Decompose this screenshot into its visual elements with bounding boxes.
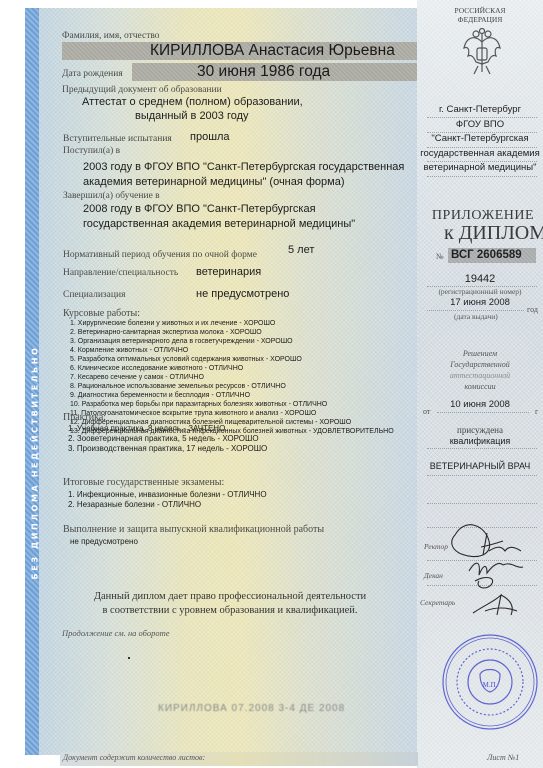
course-work-item: 2. Ветеринарно-санитарная экспертиза мол… — [70, 328, 394, 337]
coat-of-arms-icon — [462, 28, 502, 76]
course-work-item: 8. Рациональное использование земельных … — [70, 382, 394, 391]
institution-line: "Санкт-Петербургская — [417, 132, 543, 147]
enrolled-label: Поступил(а) в — [63, 146, 120, 156]
diploma-number: ВСГ 2606589 — [451, 249, 522, 261]
specialization-value: не предусмотрено — [196, 288, 289, 300]
commission-prefix: от — [423, 407, 430, 416]
period-label: Нормативный период обучения по очной фор… — [63, 250, 257, 260]
issue-date-suffix: год — [527, 305, 538, 314]
supplement-title-2: к ДИПЛОМУ — [444, 222, 543, 245]
rule — [437, 412, 529, 413]
practice-label: Практика: — [63, 412, 106, 423]
period-value: 5 лет — [288, 244, 314, 256]
state-exams-list: 1. Инфекционные, инвазионные болезни - О… — [68, 490, 267, 510]
strip-text: БЕЗ ДИПЛОМА НЕДЕЙСТВИТЕЛЬНО — [31, 283, 40, 643]
thesis-label: Выполнение и защита выпускной квалификац… — [63, 524, 324, 535]
security-strip: БЕЗ ДИПЛОМА НЕДЕЙСТВИТЕЛЬНО — [25, 8, 39, 755]
rights-line2: в соответствии с уровнем образования и к… — [60, 604, 400, 618]
commission-suffix: г — [535, 407, 538, 416]
course-work-item: 6. Клиническое исследование животного - … — [70, 364, 394, 373]
specialty-label: Направление/специальность — [63, 268, 178, 278]
qualification-label: квалификация — [417, 436, 543, 446]
reg-number: 19442 — [417, 273, 543, 285]
commission-line: Государственной — [417, 359, 543, 370]
rule — [427, 310, 524, 311]
enrolled-line1: 2003 году в ФГОУ ВПО "Санкт-Петербургска… — [83, 161, 404, 173]
country-line2: ФЕДЕРАЦИЯ — [417, 15, 543, 24]
awarded-label: присуждена — [417, 425, 543, 435]
entrance-value: прошла — [190, 131, 230, 143]
institution-line: г. Санкт-Петербург — [417, 103, 543, 118]
number-prefix: № — [436, 252, 444, 261]
entrance-label: Вступительные испытания — [63, 134, 172, 144]
institution-line: государственная академия — [417, 147, 543, 162]
signatures-icon — [445, 515, 535, 625]
course-work-item: 1. Хирургические болезни у животных и их… — [70, 319, 394, 328]
course-work-item: 11. Патологоанатомическое вскрытие трупа… — [70, 409, 394, 418]
commission-line: Решением — [417, 348, 543, 359]
practice-item: 3. Производственная практика, 17 недель … — [68, 444, 267, 454]
enrolled-line2: академия ветеринарной медицины" (очная ф… — [83, 176, 345, 188]
rule — [427, 448, 537, 449]
issue-date-label: (дата выдачи) — [454, 312, 498, 321]
prev-edu-line2: выданный в 2003 году — [135, 110, 249, 122]
rule — [427, 132, 537, 133]
official-seal-icon: М.П. — [440, 632, 540, 732]
course-work-item: 10. Разработка мер борьбы при паразитарн… — [70, 400, 394, 409]
sheet-number: Лист №1 — [487, 753, 519, 762]
course-works-list: 1. Хирургические болезни у животных и их… — [70, 319, 394, 436]
commission-date: 10 июня 2008 — [417, 399, 543, 410]
rights-line1: Данный диплом дает право профессионально… — [60, 590, 400, 604]
continuation-note: Продолжение см. на обороте — [62, 628, 170, 638]
dean-label: Декан — [424, 571, 443, 580]
qualification: ВЕТЕРИНАРНЫЙ ВРАЧ — [417, 461, 543, 471]
rights-statement: Данный диплом дает право профессионально… — [60, 590, 400, 618]
sheets-note: Документ содержит количество листов: — [63, 753, 205, 762]
specialty-value: ветеринария — [196, 266, 261, 278]
institution-line: ФГОУ ВПО — [417, 118, 543, 133]
name-label: Фамилия, имя, отчество — [62, 31, 160, 41]
country-line1: РОССИЙСКАЯ — [417, 6, 543, 15]
practice-item: 1. Учебная практика, 8 недель - ЗАЧТЕНО — [68, 424, 267, 434]
prev-edu-label: Предыдущий документ об образовании — [62, 85, 222, 95]
course-work-item: 9. Диагностика беременности и бесплодия … — [70, 391, 394, 400]
course-works-label: Курсовые работы: — [63, 308, 140, 319]
birth-label: Дата рождения — [62, 69, 123, 79]
state-exam-item: 2. Незаразные болезни - ОТЛИЧНО — [68, 500, 267, 510]
commission-line: аттестационной — [417, 370, 543, 381]
bottom-stamp-text: КИРИЛЛОВА 07.2008 3-4 ДЕ 2008 — [158, 703, 345, 714]
dot — [128, 657, 130, 659]
student-name: КИРИЛЛОВА Анастасия Юрьевна — [150, 42, 395, 60]
birth-date: 30 июня 1986 года — [197, 63, 330, 81]
course-work-item: 3. Организация ветеринарного дела в госв… — [70, 337, 394, 346]
commission-block: Решением Государственной аттестационной … — [417, 348, 543, 392]
practice-item: 2. Зооветеринарная практика, 5 недель - … — [68, 434, 267, 444]
course-work-item: 4. Кормление животных - ОТЛИЧНО — [70, 346, 394, 355]
prev-edu-line1: Аттестат о среднем (полном) образовании, — [82, 96, 303, 108]
seal-label: М.П. — [483, 681, 498, 689]
commission-line: комиссии — [417, 381, 543, 392]
rule — [427, 475, 537, 476]
rule — [427, 117, 537, 118]
state-exams-label: Итоговые государственные экзамены: — [63, 477, 224, 488]
rule — [427, 147, 537, 148]
completed-line2: государственная академия ветеринарной ме… — [83, 218, 355, 230]
reg-number-label: (регистрационный номер) — [417, 287, 543, 296]
issue-date: 17 июня 2008 — [417, 297, 543, 308]
course-work-item: 7. Кесарево сечение у самок - ОТЛИЧНО — [70, 373, 394, 382]
state-exam-item: 1. Инфекционные, инвазионные болезни - О… — [68, 490, 267, 500]
completed-label: Завершил(а) обучение в — [63, 191, 160, 201]
diploma-supplement-page: БЕЗ ДИПЛОМА НЕДЕЙСТВИТЕЛЬНО Фамилия, имя… — [0, 0, 543, 768]
specialization-label: Специализация — [63, 290, 125, 300]
course-work-item: 5. Разработка оптимальных условий содерж… — [70, 355, 394, 364]
practice-list: 1. Учебная практика, 8 недель - ЗАЧТЕНО … — [68, 424, 267, 454]
thesis-value: не предусмотрено — [70, 537, 138, 547]
completed-line1: 2008 году в ФГОУ ВПО "Санкт-Петербургска… — [83, 203, 316, 215]
country-label: РОССИЙСКАЯ ФЕДЕРАЦИЯ — [417, 6, 543, 24]
rule — [427, 161, 537, 162]
institution-line: ветеринарной медицины" — [417, 161, 543, 176]
rule — [427, 176, 537, 177]
institution-block: г. Санкт-Петербург ФГОУ ВПО "Санкт-Петер… — [417, 103, 543, 176]
rule — [427, 503, 537, 504]
